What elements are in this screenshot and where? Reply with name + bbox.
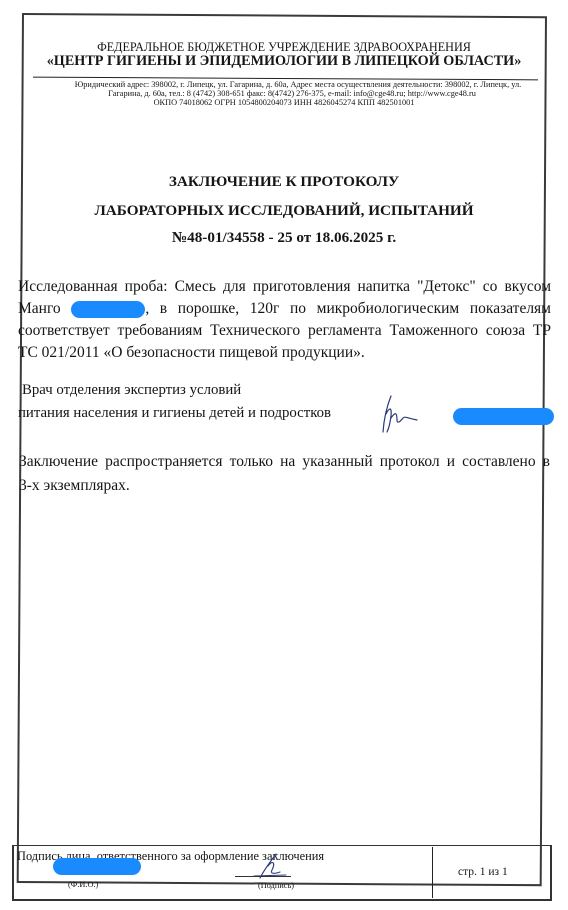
conclusion-paragraph: Исследованная проба: Смесь для приготовл…	[18, 276, 551, 364]
redacted-manufacturer	[71, 301, 145, 318]
conclusion-line-1: Исследованная проба: Смесь для приготовл…	[18, 276, 551, 298]
signature-line	[235, 876, 291, 877]
page-number: стр. 1 из 1	[458, 866, 508, 878]
document-title-line-2: ЛАБОРАТОРНЫХ ИССЛЕДОВАНИЙ, ИСПЫТАНИЙ	[0, 202, 568, 220]
redacted-responsible-name	[53, 858, 141, 875]
signatory-position-line-2: питания населения и гигиены детей и подр…	[18, 405, 331, 422]
registration-codes: ОКПО 74018062 ОГРН 1054800204073 ИНН 482…	[0, 98, 568, 107]
conclusion-line-2: Манго , в порошке, 120г по микробиологич…	[18, 298, 551, 320]
footer-divider	[432, 847, 433, 898]
address-line-2: Гагарина, д. 60а, тел.: 8 (4742) 308-651…	[8, 89, 568, 98]
conclusion-line-3: соответствует требованиям Технического р…	[18, 320, 551, 342]
scope-note-line-1: Заключение распространяется только на ук…	[19, 450, 550, 474]
document-title-line-1: ЗАКЛЮЧЕНИЕ К ПРОТОКОЛУ	[0, 173, 568, 191]
signatory-position-line-1: Врач отделения экспертиз условий	[22, 382, 241, 399]
product-details: , в порошке, 120г по микробиологическим …	[145, 300, 551, 317]
redacted-signatory-name	[453, 408, 554, 425]
product-flavor: Манго	[18, 300, 61, 317]
protocol-number: №48-01/34558 - 25 от 18.06.2025 г.	[0, 229, 568, 247]
org-name: «ЦЕНТР ГИГИЕНЫ И ЭПИДЕМИОЛОГИИ В ЛИПЕЦКО…	[0, 53, 568, 70]
scope-note-line-2: 3-х экземплярах.	[19, 474, 550, 498]
address-line-1: Юридический адрес: 398002, г. Липецк, ул…	[14, 80, 568, 89]
scope-note: Заключение распространяется только на ук…	[19, 450, 550, 498]
signature-caption: (Подпись)	[258, 881, 294, 890]
fio-caption: (Ф.И.О.)	[68, 880, 98, 889]
conclusion-line-4: ТС 021/2011 «О безопасности пищевой прод…	[18, 342, 551, 364]
signature-icon	[377, 394, 421, 441]
